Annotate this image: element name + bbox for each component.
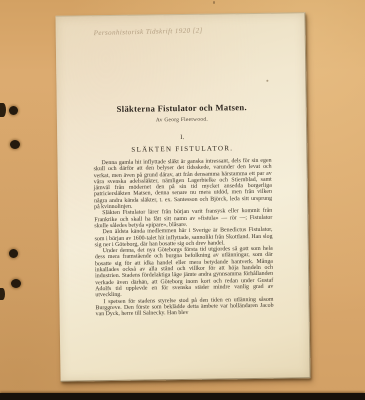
punch-hole (9, 106, 18, 115)
paragraph: Under denna, det nya Göteborgs första ti… (95, 246, 274, 299)
paragraph: I spetsen för stadens styrelse stod på d… (95, 296, 273, 317)
paragraph: Denna gamla hit inflyttade släkt är gans… (93, 158, 272, 211)
punch-hole (10, 140, 20, 149)
article-byline: Av Georg Fleetwood. (93, 116, 271, 124)
punch-hole (9, 249, 18, 258)
section-heading: SLÄKTEN FISTULATOR. (93, 144, 271, 154)
left-edge-smudge (0, 103, 6, 117)
body-text: Denna gamla hit inflyttade släkt är gans… (93, 158, 273, 318)
printed-text-block: Släkterna Fistulator och Matsen. Av Geor… (93, 102, 274, 318)
left-edge-smudge (0, 288, 5, 300)
scanned-scrapbook-page: { "annotation": { "text": "Personhistori… (0, 0, 365, 400)
paragraph: Släkten Fistulator lärer från början var… (94, 208, 272, 229)
section-numeral: I. (93, 133, 271, 142)
pencil-annotation: Personhistorisk Tidskrift 1920 [2] (94, 25, 254, 37)
paper-speck (213, 1, 215, 4)
paper-speck (266, 80, 268, 82)
punch-hole (11, 279, 21, 288)
scan-edge-strip (0, 393, 365, 400)
article-title: Släkterna Fistulator och Matsen. (93, 102, 271, 114)
mounted-document-page: Personhistorisk Tidskrift 1920 [2] Släkt… (55, 12, 310, 381)
